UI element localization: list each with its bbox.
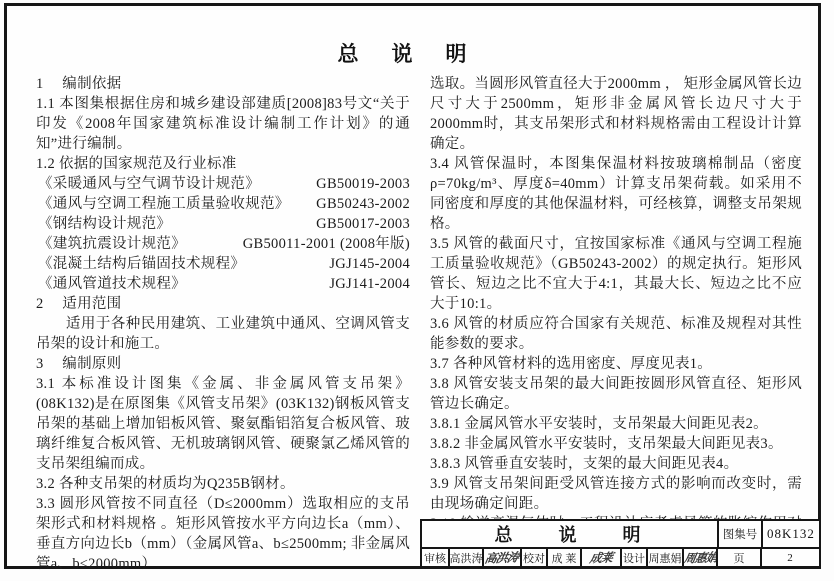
atlas-page: 总 说 明 1 编制依据 1.1 本图集根据住房和城乡建设部建质[2008]83… <box>0 0 834 581</box>
standard-code: GB50017-2003 <box>316 214 410 234</box>
paragraph: 3.4 风管保温时，本图集保温材料按玻璃棉制品（密度ρ=70kg/m³、厚度δ=… <box>430 154 802 234</box>
paragraph: 选取。当圆形风管直径大于2000mm ， 矩形金属风管长边尺寸大于2500mm，… <box>430 74 802 154</box>
right-column: 选取。当圆形风管直径大于2000mm ， 矩形金属风管长边尺寸大于2500mm，… <box>430 74 802 554</box>
page-title: 总 说 明 <box>5 38 805 68</box>
reviewer-name: 高洪涛 <box>448 549 482 566</box>
paragraph: 3.8.2 非金属风管水平安装时，支吊架最大间距见表3。 <box>430 434 802 454</box>
signature-scribble: 成莱 <box>588 549 613 566</box>
checker-name: 成 莱 <box>546 549 580 566</box>
standard-row: 《钢结构设计规范》 GB50017-2003 <box>36 214 410 234</box>
paragraph: 1 编制依据 <box>36 74 410 94</box>
standard-code: GB50243-2002 <box>316 194 410 214</box>
reviewer-signature: 高洪涛 <box>482 549 520 566</box>
signature-scribble: 周惠娟 <box>682 549 716 566</box>
standards-list: 《采暖通风与空气调节设计规范》 GB50019-2003 《通风与空调工程施工质… <box>36 174 410 294</box>
standard-code: JGJ145-2004 <box>329 254 410 274</box>
paragraph: 3.8 风管安装支吊架的最大间距按圆形风管直径、矩形风管边长确定。 <box>430 374 802 414</box>
paragraph: 3.2 各种支吊架的材质均为Q235B钢材。 <box>36 474 410 494</box>
paragraph: 3.5 风管的截面尺寸，宜按国家标准《通风与空调工程施工质量验收规范》（GB50… <box>430 234 802 314</box>
paragraph: 1.1 本图集根据住房和城乡建设部建质[2008]83号文“关于印发《2008年… <box>36 94 410 154</box>
checker-signature: 成莱 <box>580 549 620 566</box>
standard-name: 《通风管道技术规程》 <box>36 274 186 294</box>
left-intro-paragraphs: 1 编制依据 1.1 本图集根据住房和城乡建设部建质[2008]83号文“关于印… <box>36 74 410 174</box>
atlas-number-label: 图集号 <box>717 521 761 547</box>
designer-signature: 周惠娟 <box>682 549 716 566</box>
left-section-paragraphs: 2 适用范围 适用于各种民用建筑、工业建筑中通风、空调风管支吊架的设计和施工。 … <box>36 294 410 574</box>
paragraph: 3 编制原则 <box>36 354 410 374</box>
left-column: 1 编制依据 1.1 本图集根据住房和城乡建设部建质[2008]83号文“关于印… <box>36 74 410 574</box>
standard-row: 《通风与空调工程施工质量验收规范》 GB50243-2002 <box>36 194 410 214</box>
standard-name: 《钢结构设计规范》 <box>36 214 171 234</box>
paragraph: 3.8.1 金属风管水平安装时，支吊架最大间距见表2。 <box>430 414 802 434</box>
standard-row: 《采暖通风与空气调节设计规范》 GB50019-2003 <box>36 174 410 194</box>
designer-name: 周惠娟 <box>646 549 682 566</box>
title-block-row-1: 总 说 明 图集号 08K132 <box>422 521 819 547</box>
standard-row: 《通风管道技术规程》 JGJ141-2004 <box>36 274 410 294</box>
paragraph: 3.9 风管支吊架间距受风管连接方式的影响而改变时，需由现场确定间距。 <box>430 474 802 514</box>
page-number-value: 2 <box>760 549 818 566</box>
page-number-label: 页 <box>716 549 760 566</box>
title-block-title: 总 说 明 <box>422 521 717 547</box>
standard-code: GB50011-2001 (2008年版) <box>243 234 410 254</box>
standard-code: GB50019-2003 <box>316 174 410 194</box>
title-block-row-2: 审核 高洪涛 高洪涛 校对 成 莱 成莱 设计 周惠娟 周惠娟 页 2 <box>422 547 819 566</box>
standard-name: 《采暖通风与空气调节设计规范》 <box>36 174 260 194</box>
standard-name: 《通风与空调工程施工质量验收规范》 <box>36 194 290 214</box>
paragraph: 3.3 圆形风管按不同直径（D≤2000mm）选取相应的支吊架形式和材料规格 。… <box>36 494 410 574</box>
standard-row: 《建筑抗震设计规范》 GB50011-2001 (2008年版) <box>36 234 410 254</box>
paragraph: 2 适用范围 <box>36 294 410 314</box>
standard-name: 《建筑抗震设计规范》 <box>36 234 186 254</box>
paragraph: 3.6 风管的材质应符合国家有关规范、标准及规程对其性能参数的要求。 <box>430 314 802 354</box>
standard-code: JGJ141-2004 <box>329 274 410 294</box>
atlas-number-value: 08K132 <box>761 521 819 547</box>
paragraph: 3.7 各种风管材料的选用密度、厚度见表1。 <box>430 354 802 374</box>
standard-name: 《混凝土结构后锚固技术规程》 <box>36 254 245 274</box>
standard-row: 《混凝土结构后锚固技术规程》 JGJ145-2004 <box>36 254 410 274</box>
checker-label: 校对 <box>520 549 546 566</box>
paragraph: 3.1 本标准设计图集《金属、非金属风管支吊架》(08K132)是在原图集《风管… <box>36 374 410 474</box>
paragraph: 3.8.3 风管垂直安装时，支架的最大间距见表4。 <box>430 454 802 474</box>
right-paragraphs: 选取。当圆形风管直径大于2000mm ， 矩形金属风管长边尺寸大于2500mm，… <box>430 74 802 554</box>
signature-scribble: 高洪涛 <box>484 549 520 566</box>
designer-label: 设计 <box>620 549 646 566</box>
paragraph: 1.2 依据的国家规范及行业标准 <box>36 154 410 174</box>
title-block: 总 说 明 图集号 08K132 审核 高洪涛 高洪涛 校对 成 莱 成莱 设计… <box>420 519 821 568</box>
paragraph: 适用于各种民用建筑、工业建筑中通风、空调风管支吊架的设计和施工。 <box>36 314 410 354</box>
reviewer-label: 审核 <box>422 549 448 566</box>
